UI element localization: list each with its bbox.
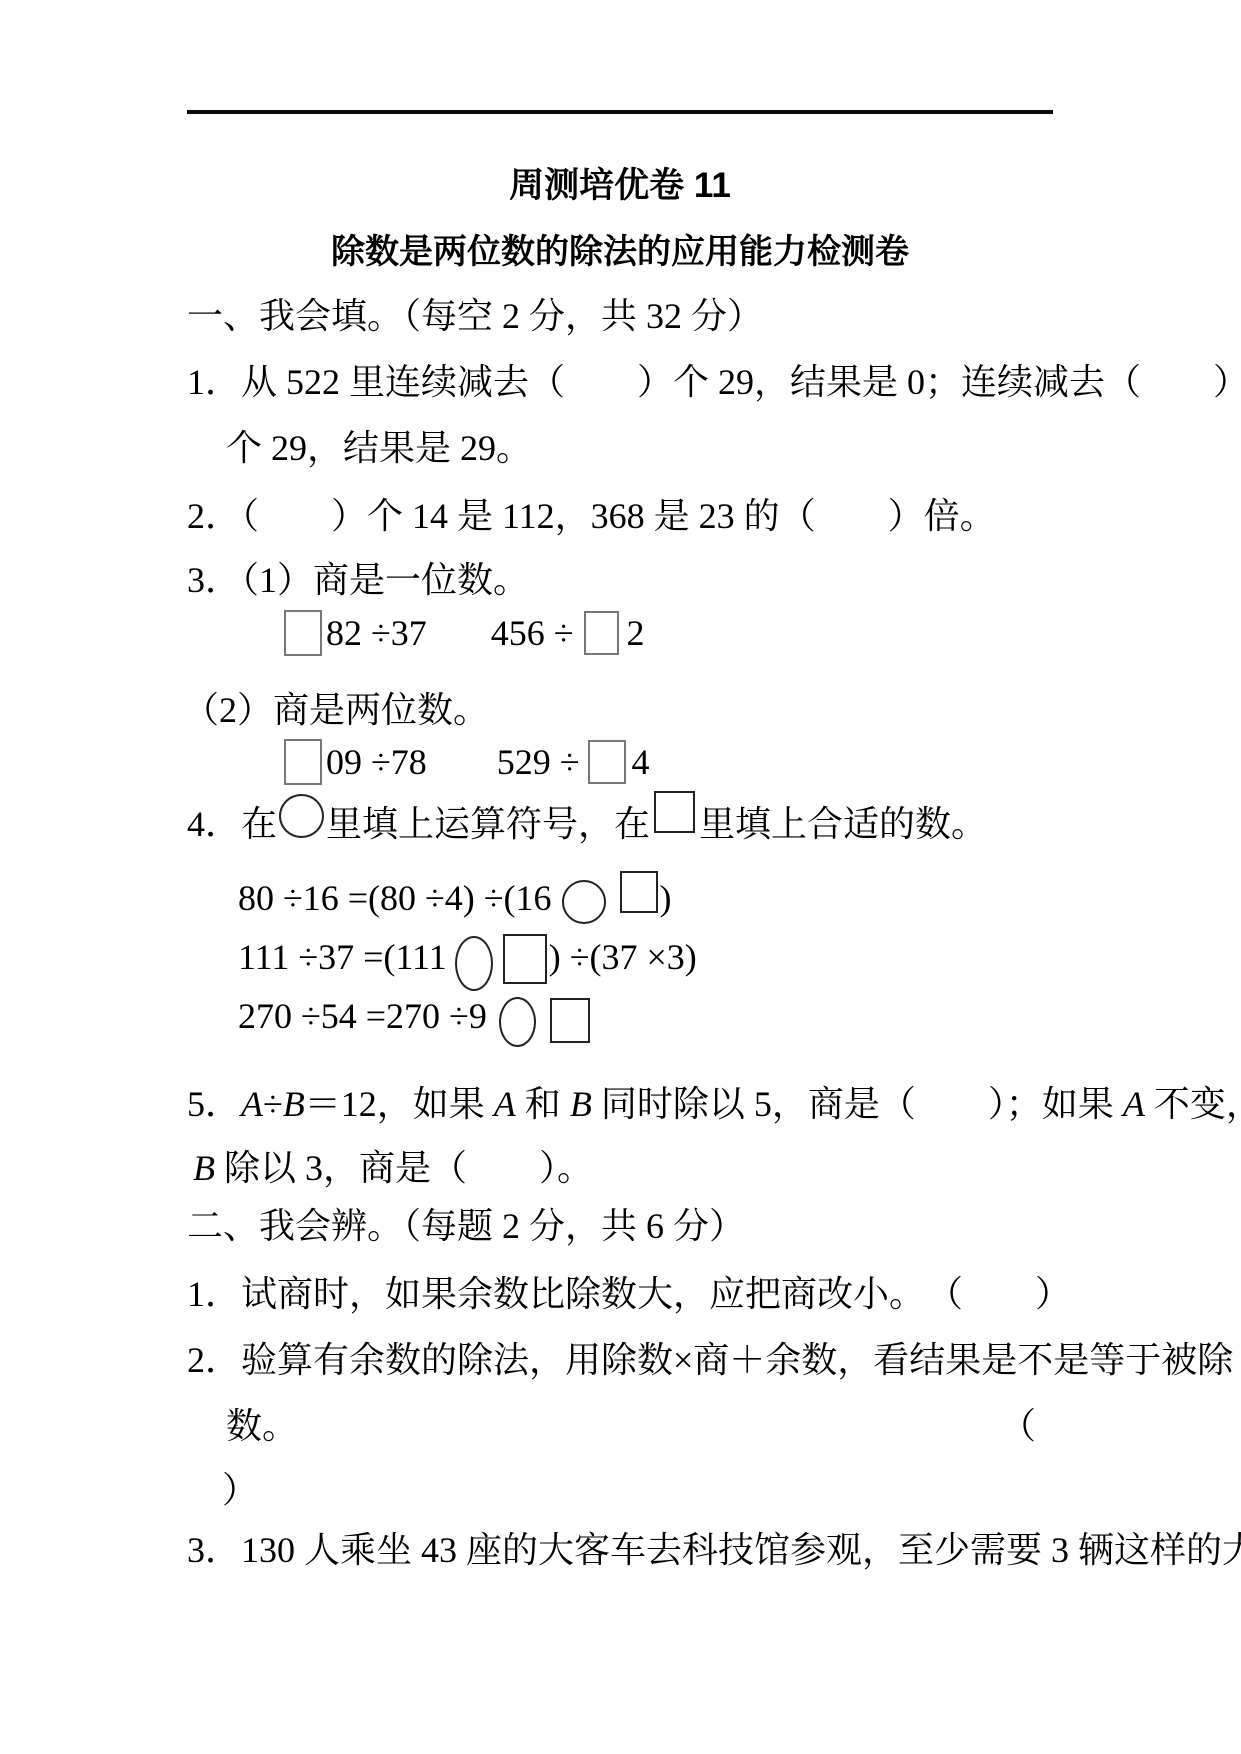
answer-box <box>550 998 590 1043</box>
worksheet-page: 周测培优卷 11 除数是两位数的除法的应用能力检测卷 一、我会填。（每空 2 分… <box>0 0 1241 1754</box>
answer-box <box>620 871 658 913</box>
q4-equation-1: 80 ÷16 =(80 ÷4) ÷(16 ) <box>238 872 672 924</box>
q1-line-1: 1．从 522 里连续减去（ ）个 29，结果是 0；连续减去（ ） <box>187 360 1241 404</box>
answer-box <box>284 610 322 656</box>
q4-line: 4．在 里填上运算符号，在 里填上合适的数。 <box>187 798 987 850</box>
q5-seg: 5． <box>187 1084 241 1124</box>
q3-row-1: 82 ÷37 456 ÷ 2 <box>284 608 645 658</box>
q5-line-2: B 除以 3，商是（ ）。 <box>193 1146 593 1190</box>
answer-box <box>284 739 322 785</box>
page-title: 周测培优卷 11 <box>187 164 1053 208</box>
q5-seg: 和 <box>516 1084 570 1124</box>
variable-a: A <box>494 1084 516 1124</box>
tf1-answer-parens: （ ） <box>927 1272 1071 1316</box>
q5-line-1: 5．A÷B＝12，如果 A 和 B 同时除以 5，商是（ ）；如果 A 不变， <box>187 1082 1241 1126</box>
variable-a: A <box>1123 1084 1145 1124</box>
tf2-close-paren: ） <box>222 1468 258 1512</box>
eq2-post: ) ÷(37 ×3) <box>549 935 697 979</box>
q4-text-mid: 里填上运算符号，在 <box>326 802 650 846</box>
q3-row2-expr2-prefix: 529 ÷ <box>497 740 580 784</box>
tf1-text: 1．试商时，如果余数比除数大，应把商改小。 <box>187 1272 925 1316</box>
operator-circle <box>499 997 536 1047</box>
q4-equation-2: 111 ÷37 =(111 ) ÷(37 ×3) <box>238 928 697 986</box>
operator-circle <box>455 936 493 991</box>
answer-box <box>503 934 547 984</box>
header-divider <box>187 110 1053 114</box>
q5-seg: 同时除以 5，商是（ ）；如果 <box>592 1084 1123 1124</box>
eq1-close: ) <box>660 876 672 920</box>
tf2-line-1: 2．验算有余数的除法，用除数×商＋余数，看结果是不是等于被除 <box>187 1338 1233 1382</box>
q4-equation-3: 270 ÷54 =270 ÷9 <box>238 988 590 1044</box>
q1-line-2: 个 29，结果是 29。 <box>226 426 532 470</box>
q3-part2-label: （2）商是两位数。 <box>183 688 489 732</box>
section-1-heading: 一、我会填。（每空 2 分，共 32 分） <box>187 294 763 338</box>
eq1-pre: 80 ÷16 =(80 ÷4) ÷(16 <box>238 876 552 920</box>
variable-a: A <box>241 1084 263 1124</box>
q3-row-2: 09 ÷78 529 ÷ 4 <box>284 738 650 786</box>
tf1-line: 1．试商时，如果余数比除数大，应把商改小。 （ ） <box>187 1272 1071 1316</box>
operator-circle <box>279 794 324 838</box>
q5-seg: 除以 3，商是（ ）。 <box>215 1148 593 1188</box>
answer-box <box>654 791 695 833</box>
q3-row2-expr2-suffix: 4 <box>632 740 650 784</box>
eq3-pre: 270 ÷54 =270 ÷9 <box>238 994 487 1038</box>
answer-box <box>584 611 619 655</box>
variable-b: B <box>570 1084 592 1124</box>
q3-row1-expr2-prefix: 456 ÷ <box>491 611 574 655</box>
variable-b: B <box>193 1148 215 1188</box>
division-sign: ÷ <box>263 1084 283 1124</box>
tf2-open-paren: （ <box>1000 1404 1036 1448</box>
answer-box <box>588 740 626 784</box>
q3-part1-label: 3．（1）商是一位数。 <box>187 558 529 602</box>
q3-row2-expr1: 09 ÷78 <box>326 740 427 784</box>
q5-seg: ＝12，如果 <box>305 1084 494 1124</box>
q4-text-pre: 4．在 <box>187 802 277 846</box>
tf2-line-2: 数。 <box>226 1404 298 1448</box>
q3-row1-expr2-suffix: 2 <box>627 611 645 655</box>
q4-text-post: 里填上合适的数。 <box>699 802 987 846</box>
operator-circle <box>562 880 606 924</box>
q3-row1-expr1: 82 ÷37 <box>326 611 427 655</box>
variable-b: B <box>283 1084 305 1124</box>
page-subtitle: 除数是两位数的除法的应用能力检测卷 <box>187 230 1053 274</box>
q2-text: 2．（ ）个 14 是 112，368 是 23 的（ ）倍。 <box>187 494 996 538</box>
eq2-pre: 111 ÷37 =(111 <box>238 935 447 979</box>
section-2-heading: 二、我会辨。（每题 2 分，共 6 分） <box>187 1204 745 1248</box>
q5-seg: 不变， <box>1145 1084 1241 1124</box>
tf3-line-1: 3．130 人乘坐 43 座的大客车去科技馆参观，至少需要 3 辆这样的大 <box>187 1528 1241 1572</box>
